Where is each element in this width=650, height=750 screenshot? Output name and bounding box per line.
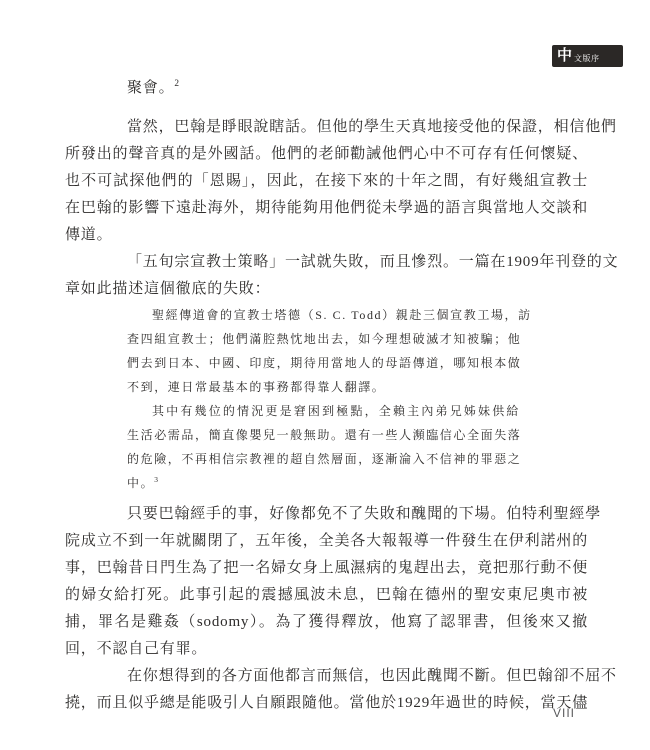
text-line: 不到，連日常最基本的事務都得靠人翻譯。: [127, 375, 520, 399]
page-number: VIII: [553, 706, 575, 720]
paragraph: 在你想得到的各方面他都言而無信，也因此醜聞不斷。但巴翰卻不屈不撓，而且似乎總是能…: [65, 663, 588, 717]
text-line: 其中有幾位的情況更是窘困到極點，全賴主內弟兄姊妹供給: [127, 399, 520, 423]
footnote-ref: 2: [174, 79, 179, 89]
block-quote-paragraph: 聖經傳道會的宣教士塔德（S. C. Todd）親赴三個宣教工場，訪查四組宣教士；…: [127, 303, 520, 399]
text-line: 的婦女給打死。此事引起的震撼風波未息，巴翰在德州的聖安東尼奧市被: [65, 582, 588, 609]
text-line: 查四組宣教士；他們滿腔熱忱地出去，如今理想破滅才知被騙；他: [127, 327, 520, 351]
text-line: 生活必需品，簡直像嬰兒一般無助。還有一些人瀕臨信心全面失落: [127, 423, 520, 447]
book-page: 中 文版序 聚會。2當然，巴翰是睜眼說瞎話。但他的學生天真地接受他的保證，相信他…: [0, 0, 650, 750]
paragraph: 只要巴翰經手的事，好像都免不了失敗和醜聞的下場。伯特利聖經學院成立不到一年就關閉…: [65, 501, 588, 663]
text-line: 章如此描述這個徹底的失敗：: [65, 276, 588, 303]
text-line: 回，不認自己有罪。: [65, 636, 588, 663]
chapter-badge-primary-label: 中: [557, 49, 572, 64]
text-line: 聖經傳道會的宣教士塔德（S. C. Todd）親赴三個宣教工場，訪: [127, 303, 520, 327]
text-line: 事，巴翰昔日門生為了把一名婦女身上風濕病的鬼趕出去，竟把那行動不便: [65, 555, 588, 582]
text-line: 傳道。: [65, 222, 588, 249]
text-line: 當然，巴翰是睜眼說瞎話。但他的學生天真地接受他的保證，相信他們: [65, 114, 588, 141]
text-line: 們去到日本、中國、印度，期待用當地人的母語傳道，哪知根本做: [127, 351, 520, 375]
body-text: 聚會。2當然，巴翰是睜眼說瞎話。但他的學生天真地接受他的保證，相信他們所發出的聲…: [65, 75, 588, 717]
text-line: 中。3: [127, 471, 520, 495]
chapter-badge-secondary-label: 文版序: [574, 53, 600, 64]
text-line: 也不可試探他們的「恩賜」，因此，在接下來的十年之間，有好幾組宣教士: [65, 168, 588, 195]
text-line: 聚會。2: [65, 75, 588, 102]
text-line: 院成立不到一年就關閉了，五年後，全美各大報報導一件發生在伊利諾州的: [65, 528, 588, 555]
text-line: 的危險，不再相信宗教裡的超自然層面，逐漸淪入不信神的罪惡之: [127, 447, 520, 471]
text-line: 撓，而且似乎總是能吸引人自願跟隨他。當他於1929年過世的時候，當天儘: [65, 690, 588, 717]
text-line: 在你想得到的各方面他都言而無信，也因此醜聞不斷。但巴翰卻不屈不: [65, 663, 588, 690]
text-line: 所發出的聲音真的是外國話。他們的老師勸誡他們心中不可存有任何懷疑、: [65, 141, 588, 168]
text-line: 在巴翰的影響下遠赴海外，期待能夠用他們從未學過的語言與當地人交談和: [65, 195, 588, 222]
text-line: 「五旬宗宣教士策略」一試就失敗，而且慘烈。一篇在1909年刊登的文: [65, 249, 588, 276]
paragraph: 聚會。2: [65, 75, 588, 102]
footnote-ref: 3: [154, 475, 158, 484]
chapter-badge: 中 文版序: [552, 45, 623, 67]
block-quote-paragraph: 其中有幾位的情況更是窘困到極點，全賴主內弟兄姊妹供給生活必需品，簡直像嬰兒一般無…: [127, 399, 520, 495]
paragraph: 當然，巴翰是睜眼說瞎話。但他的學生天真地接受他的保證，相信他們所發出的聲音真的是…: [65, 114, 588, 249]
text-line: 捕，罪名是雞姦（sodomy）。為了獲得釋放，他寫了認罪書，但後來又撤: [65, 609, 588, 636]
paragraph: 「五旬宗宣教士策略」一試就失敗，而且慘烈。一篇在1909年刊登的文章如此描述這個…: [65, 249, 588, 303]
text-line: 只要巴翰經手的事，好像都免不了失敗和醜聞的下場。伯特利聖經學: [65, 501, 588, 528]
